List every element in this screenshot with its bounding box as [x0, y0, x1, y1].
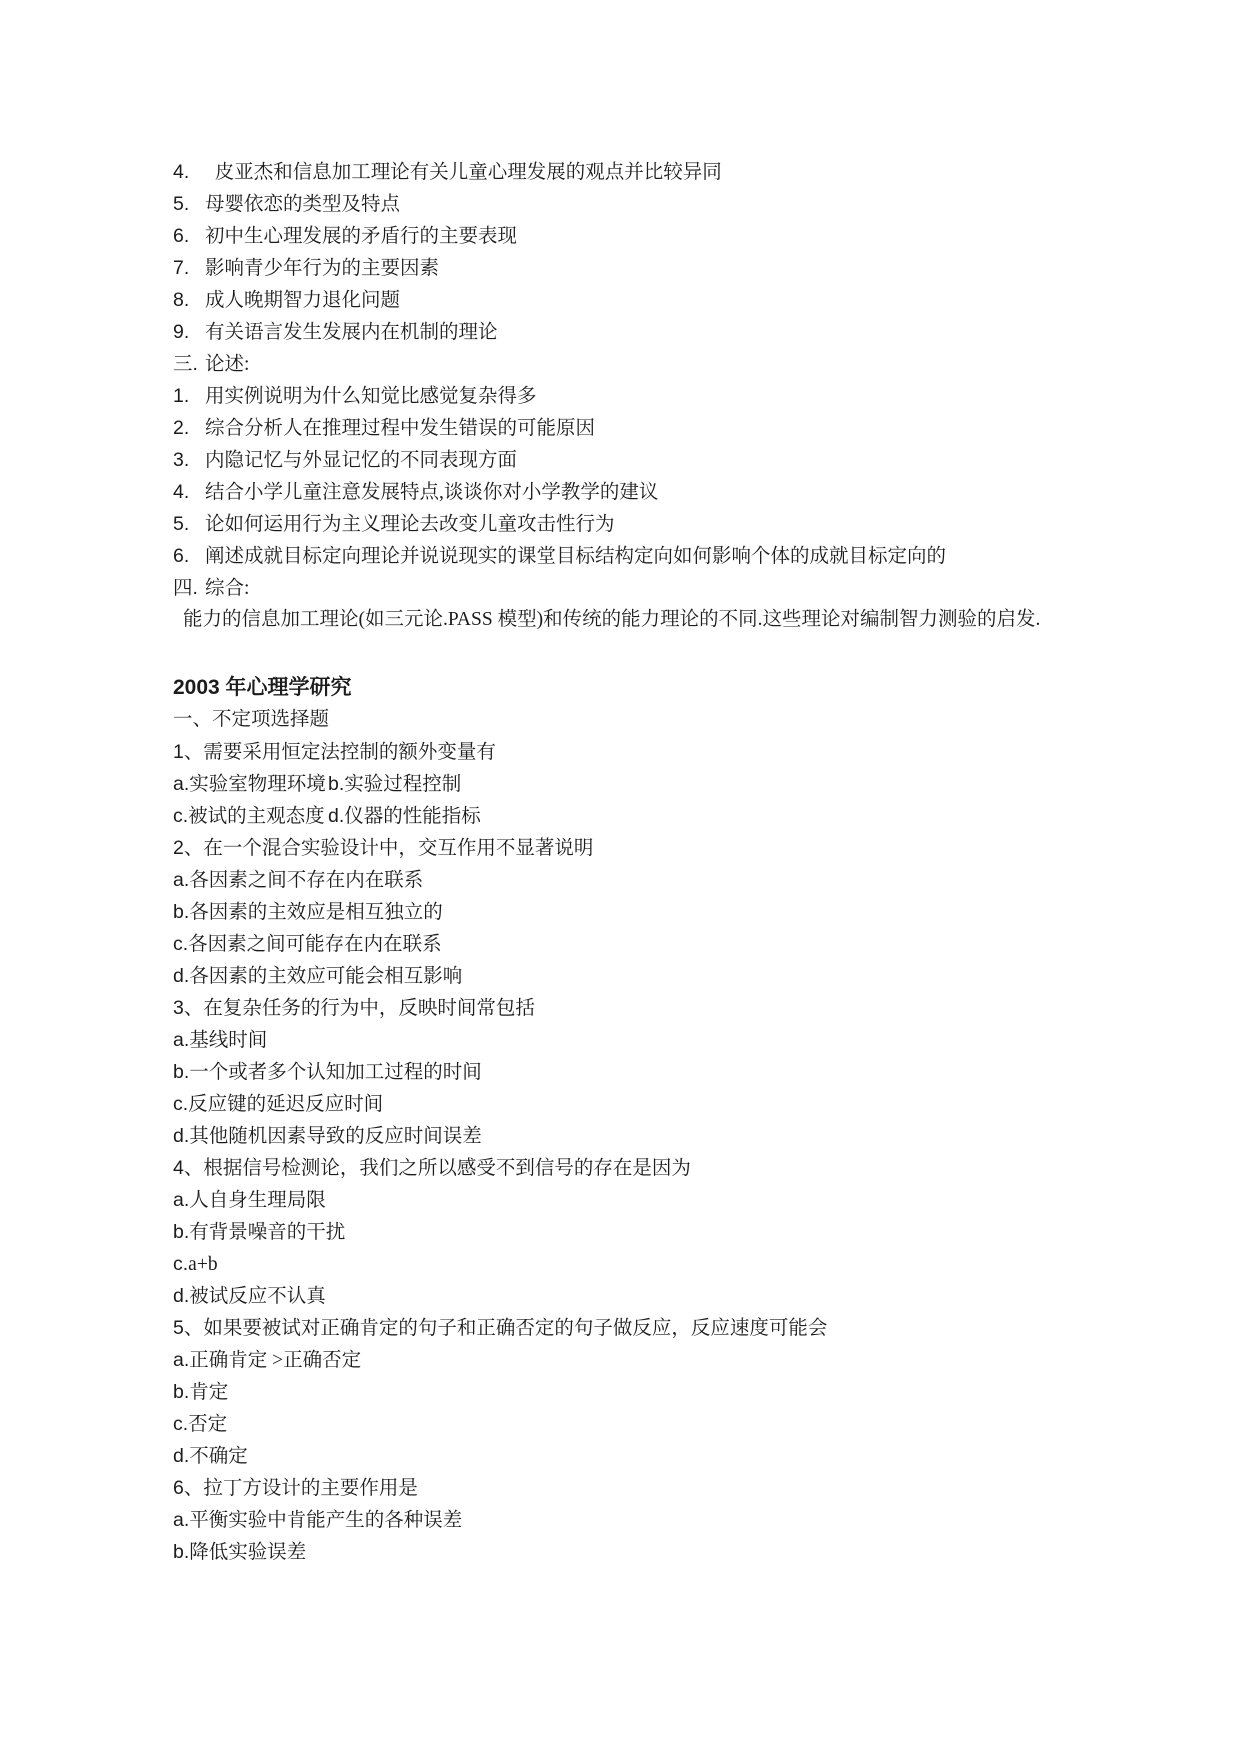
question-line: 6、拉丁方设计的主要作用是	[173, 1472, 1183, 1504]
option-text: 不确定	[189, 1446, 248, 1467]
title-text: 能力的信息加工理论(如三元论.PASS 模型)和传统的能力理论的不同.这些理论对…	[183, 609, 1040, 630]
numbered-item: 四.综合:	[173, 572, 1183, 604]
numbered-item: 4.结合小学儿童注意发展特点,谈谈你对小学教学的建议	[173, 476, 1183, 508]
item-marker: 6.	[173, 540, 205, 572]
item-text: 影响青少年行为的主要因素	[205, 258, 439, 279]
item-text: 用实例说明为什么知觉比感觉复杂得多	[205, 386, 537, 407]
question-number: 3	[173, 997, 184, 1019]
option-marker: b.	[173, 901, 189, 923]
numbered-item: 1.用实例说明为什么知觉比感觉复杂得多	[173, 380, 1183, 412]
option-line: b.有背景噪音的干扰	[173, 1216, 1183, 1248]
document-content: 4. 皮亚杰和信息加工理论有关儿童心理发展的观点并比较异同5.母婴依恋的类型及特…	[173, 156, 1183, 1568]
question-line: 5、如果要被试对正确肯定的句子和正确否定的句子做反应，反应速度可能会	[173, 1312, 1183, 1344]
option-cell: d.仪器的性能指标	[328, 806, 481, 827]
option-row: a.实验室物理环境b.实验过程控制	[173, 768, 1183, 800]
question-line: 3、在复杂任务的行为中，反映时间常包括	[173, 992, 1183, 1024]
numbered-item: 4. 皮亚杰和信息加工理论有关儿童心理发展的观点并比较异同	[173, 156, 1183, 188]
question-text: 、如果要被试对正确肯定的句子和正确否定的句子做反应，反应速度可能会	[184, 1318, 828, 1339]
question-number: 5	[173, 1317, 184, 1339]
option-text: 一个或者多个认知加工过程的时间	[189, 1062, 482, 1083]
option-text: 其他随机因素导致的反应时间误差	[189, 1126, 482, 1147]
item-marker: 9.	[173, 316, 205, 348]
item-marker: 三.	[173, 348, 205, 380]
option-text: 实验过程控制	[344, 774, 461, 795]
option-text: 被试反应不认真	[189, 1286, 326, 1307]
item-text: 综合:	[205, 578, 249, 599]
item-text: 母婴依恋的类型及特点	[205, 194, 400, 215]
item-marker: 四.	[173, 572, 205, 604]
item-marker: 5.	[173, 508, 205, 540]
option-marker: b.	[173, 1541, 189, 1563]
option-text: 有背景噪音的干扰	[189, 1222, 345, 1243]
option-line: d.被试反应不认真	[173, 1280, 1183, 1312]
option-marker: a.	[173, 1029, 189, 1051]
option-marker: a.	[173, 1189, 189, 1211]
option-marker: b.	[328, 773, 344, 795]
numbered-item: 6.阐述成就目标定向理论并说说现实的课堂目标结构定向如何影响个体的成就目标定向的	[173, 540, 1183, 572]
numbered-item: 9.有关语言发生发展内在机制的理论	[173, 316, 1183, 348]
option-cell: c.被试的主观态度	[173, 800, 328, 833]
option-marker: a.	[173, 773, 189, 795]
option-marker: a.	[173, 1349, 189, 1371]
item-marker: 7.	[173, 252, 205, 284]
option-row: c.被试的主观态度d.仪器的性能指标	[173, 800, 1183, 832]
question-number: 2	[173, 837, 184, 859]
option-marker: c.	[173, 805, 188, 827]
item-text: 皮亚杰和信息加工理论有关儿童心理发展的观点并比较异同	[205, 162, 722, 183]
option-text: 被试的主观态度	[188, 806, 325, 827]
option-marker: d.	[173, 965, 189, 987]
option-cell: b.实验过程控制	[328, 774, 461, 795]
option-marker: c.	[173, 1093, 188, 1115]
option-text: 各因素之间可能存在内在联系	[188, 934, 442, 955]
option-marker: c.	[173, 933, 188, 955]
item-text: 结合小学儿童注意发展特点,谈谈你对小学教学的建议	[205, 482, 658, 503]
numbered-item: 5.母婴依恋的类型及特点	[173, 188, 1183, 220]
essay-prompt: 能力的信息加工理论(如三元论.PASS 模型)和传统的能力理论的不同.这些理论对…	[173, 604, 1183, 636]
item-text: 阐述成就目标定向理论并说说现实的课堂目标结构定向如何影响个体的成就目标定向的	[205, 546, 946, 567]
question-text: 、在一个混合实验设计中，交互作用不显著说明	[184, 838, 594, 859]
option-line: b.降低实验误差	[173, 1536, 1183, 1568]
item-marker: 6.	[173, 220, 205, 252]
option-text: 仪器的性能指标	[344, 806, 481, 827]
item-text: 成人晚期智力退化问题	[205, 290, 400, 311]
title-text: 一、不定项选择题	[173, 709, 329, 730]
option-marker: d.	[328, 805, 344, 827]
option-marker: a.	[173, 869, 189, 891]
item-text: 初中生心理发展的矛盾行的主要表现	[205, 226, 517, 247]
year-heading: 2003 年心理学研究	[173, 672, 1183, 704]
question-text: 、拉丁方设计的主要作用是	[184, 1478, 418, 1499]
numbered-item: 7.影响青少年行为的主要因素	[173, 252, 1183, 284]
option-line: c.反应键的延迟反应时间	[173, 1088, 1183, 1120]
numbered-item: 三.论述:	[173, 348, 1183, 380]
item-text: 综合分析人在推理过程中发生错误的可能原因	[205, 418, 595, 439]
question-line: 1、需要采用恒定法控制的额外变量有	[173, 736, 1183, 768]
option-marker: d.	[173, 1285, 189, 1307]
option-text: a+b	[188, 1254, 217, 1275]
question-text: 、根据信号检测论，我们之所以感受不到信号的存在是因为	[184, 1158, 691, 1179]
option-marker: d.	[173, 1445, 189, 1467]
item-text: 内隐记忆与外显记忆的不同表现方面	[205, 450, 517, 471]
option-line: c.否定	[173, 1408, 1183, 1440]
question-text: 、在复杂任务的行为中，反映时间常包括	[184, 998, 535, 1019]
option-line: d.各因素的主效应可能会相互影响	[173, 960, 1183, 992]
option-line: a.正确肯定 >正确否定	[173, 1344, 1183, 1376]
option-line: c.a+b	[173, 1248, 1183, 1280]
heading-text: 2003 年心理学研究	[173, 676, 352, 699]
option-marker: a.	[173, 1509, 189, 1531]
item-marker: 8.	[173, 284, 205, 316]
option-line: b.各因素的主效应是相互独立的	[173, 896, 1183, 928]
option-line: a.基线时间	[173, 1024, 1183, 1056]
option-text: 反应键的延迟反应时间	[188, 1094, 383, 1115]
option-line: d.其他随机因素导致的反应时间误差	[173, 1120, 1183, 1152]
item-marker: 4.	[173, 476, 205, 508]
numbered-item: 2.综合分析人在推理过程中发生错误的可能原因	[173, 412, 1183, 444]
option-line: a.平衡实验中肯能产生的各种误差	[173, 1504, 1183, 1536]
item-text: 论述:	[205, 354, 249, 375]
question-text: 、需要采用恒定法控制的额外变量有	[184, 742, 496, 763]
question-line: 2、在一个混合实验设计中，交互作用不显著说明	[173, 832, 1183, 864]
question-number: 6	[173, 1477, 184, 1499]
option-marker: d.	[173, 1125, 189, 1147]
numbered-item: 8.成人晚期智力退化问题	[173, 284, 1183, 316]
question-line: 4、根据信号检测论，我们之所以感受不到信号的存在是因为	[173, 1152, 1183, 1184]
option-line: a.各因素之间不存在内在联系	[173, 864, 1183, 896]
option-text: 各因素之间不存在内在联系	[189, 870, 423, 891]
option-text: 否定	[188, 1414, 227, 1435]
option-marker: c.	[173, 1413, 188, 1435]
option-text: 各因素的主效应是相互独立的	[189, 902, 443, 923]
option-text: 肯定	[189, 1382, 228, 1403]
question-number: 1	[173, 741, 184, 763]
option-text: 基线时间	[189, 1030, 267, 1051]
option-line: b.肯定	[173, 1376, 1183, 1408]
option-text: 平衡实验中肯能产生的各种误差	[189, 1510, 462, 1531]
item-marker: 5.	[173, 188, 205, 220]
section-gap	[173, 636, 1183, 672]
option-marker: c.	[173, 1253, 188, 1275]
item-marker: 3.	[173, 444, 205, 476]
item-text: 有关语言发生发展内在机制的理论	[205, 322, 498, 343]
option-line: a.人自身生理局限	[173, 1184, 1183, 1216]
item-marker: 2.	[173, 412, 205, 444]
option-marker: b.	[173, 1381, 189, 1403]
document-page: 4. 皮亚杰和信息加工理论有关儿童心理发展的观点并比较异同5.母婴依恋的类型及特…	[0, 0, 1241, 1754]
numbered-item: 5.论如何运用行为主义理论去改变儿童攻击性行为	[173, 508, 1183, 540]
item-text: 论如何运用行为主义理论去改变儿童攻击性行为	[205, 514, 615, 535]
item-marker: 1.	[173, 380, 205, 412]
option-line: b.一个或者多个认知加工过程的时间	[173, 1056, 1183, 1088]
option-marker: b.	[173, 1221, 189, 1243]
option-text: 人自身生理局限	[189, 1190, 326, 1211]
option-line: d.不确定	[173, 1440, 1183, 1472]
option-marker: b.	[173, 1061, 189, 1083]
item-marker: 4.	[173, 156, 205, 188]
option-text: 各因素的主效应可能会相互影响	[189, 966, 462, 987]
option-cell: a.实验室物理环境	[173, 768, 328, 801]
numbered-item: 3.内隐记忆与外显记忆的不同表现方面	[173, 444, 1183, 476]
option-text: 降低实验误差	[189, 1542, 306, 1563]
option-line: c.各因素之间可能存在内在联系	[173, 928, 1183, 960]
option-text: 正确肯定 >正确否定	[189, 1350, 361, 1371]
question-number: 4	[173, 1157, 184, 1179]
section-title: 一、不定项选择题	[173, 704, 1183, 736]
option-text: 实验室物理环境	[189, 774, 326, 795]
numbered-item: 6.初中生心理发展的矛盾行的主要表现	[173, 220, 1183, 252]
